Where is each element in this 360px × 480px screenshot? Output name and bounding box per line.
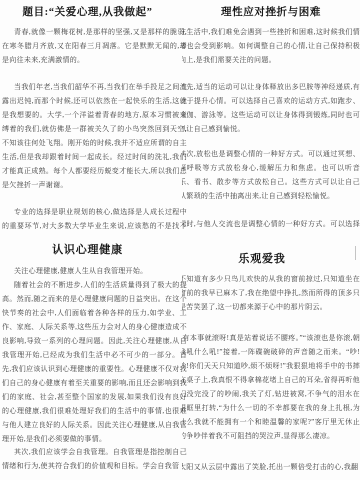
textbox-border-fragment bbox=[355, 246, 356, 260]
right-paragraph-family-quarrel: “有本事就滚呀!真是站着说话不腰疼。”“该滚也是你滚,朝我吼什么吼!”接着,一阵… bbox=[182, 331, 360, 443]
right-paragraph-gloomy-cloud: 不知道有多少只鸟儿欢快的从我的窗前掠过,只知道坐在窗前的我早已麻木了,我在绝望中… bbox=[182, 272, 360, 314]
left-paragraph-youth: 青春,就像一颗梅花树,是那样的坚强,又是那样的脆弱,在寒冬腊月齐放,又在阳春三月… bbox=[2, 25, 187, 67]
right-essay-title: 理性应对挫折与困难 bbox=[182, 6, 360, 20]
left-paragraph-career-choice: 专业的选择是职业规划的核心,做选择是人成长过程中的重要环节,对大多数大学毕业生来… bbox=[2, 205, 187, 234]
left-essay-title: 题目:“关爱心理,从我做起” bbox=[0, 6, 175, 20]
section-heading-optimism: 乐观爱我 bbox=[182, 252, 342, 266]
left-paragraph-growth: 当我们年老,当我们韶华不再,当我们在举手投足之间流露出迟钝,而那个时候,还可以依… bbox=[2, 80, 187, 192]
left-paragraph-mental-health-importance: 随着社会的不断进步,人们的生活质量得到了极大的提高。然而,随之而来的是心理健康问… bbox=[2, 278, 187, 446]
right-paragraph-sun-smile: 太阳又从云层中露出了笑脸,托出一颗倍受打击的心,我翻 bbox=[182, 460, 360, 475]
right-paragraph-setback-intro: 在生活中,我们难免会遇到一些挫折和困难,这时候我们情绪也会受到影响。如何调整自己… bbox=[182, 25, 360, 67]
document-page: 题目:“关爱心理,从我做起” 青春,就像一颗梅花树,是那样的坚强,又是那样的脆弱… bbox=[0, 0, 360, 480]
left-paragraph-learn-self-management: 其次,我们应该学会自我管理。自我管理是指控制自己情绪和行为,使其符合我们的价值观… bbox=[2, 445, 187, 473]
right-paragraph-relaxation: 其次,放松也是调整心情的一种好方式。可以通过冥想、深呼吸等方式放松身心,缓解压力… bbox=[182, 147, 360, 203]
right-column: 理性应对挫折与困难 在生活中,我们难免会遇到一些挫折和困难,这时候我们情绪也会受… bbox=[182, 0, 360, 480]
right-paragraph-communication: 同时,与他人交流也是调整心情的一种好方式。可以选择与 bbox=[182, 217, 360, 232]
right-paragraph-exercise: 首先,适当的运动可以让身体释放出多巴胺等神经递质,有助于提升心情。可以选择自己喜… bbox=[182, 80, 360, 136]
section-heading-know-mental-health: 认识心理健康 bbox=[0, 243, 175, 257]
left-paragraph-self-management-intro: 关注心理健康,健康人生从自我管理开始。 bbox=[2, 264, 187, 278]
left-column: 题目:“关爱心理,从我做起” 青春,就像一颗梅花树,是那样的坚强,又是那样的脆弱… bbox=[0, 0, 189, 480]
